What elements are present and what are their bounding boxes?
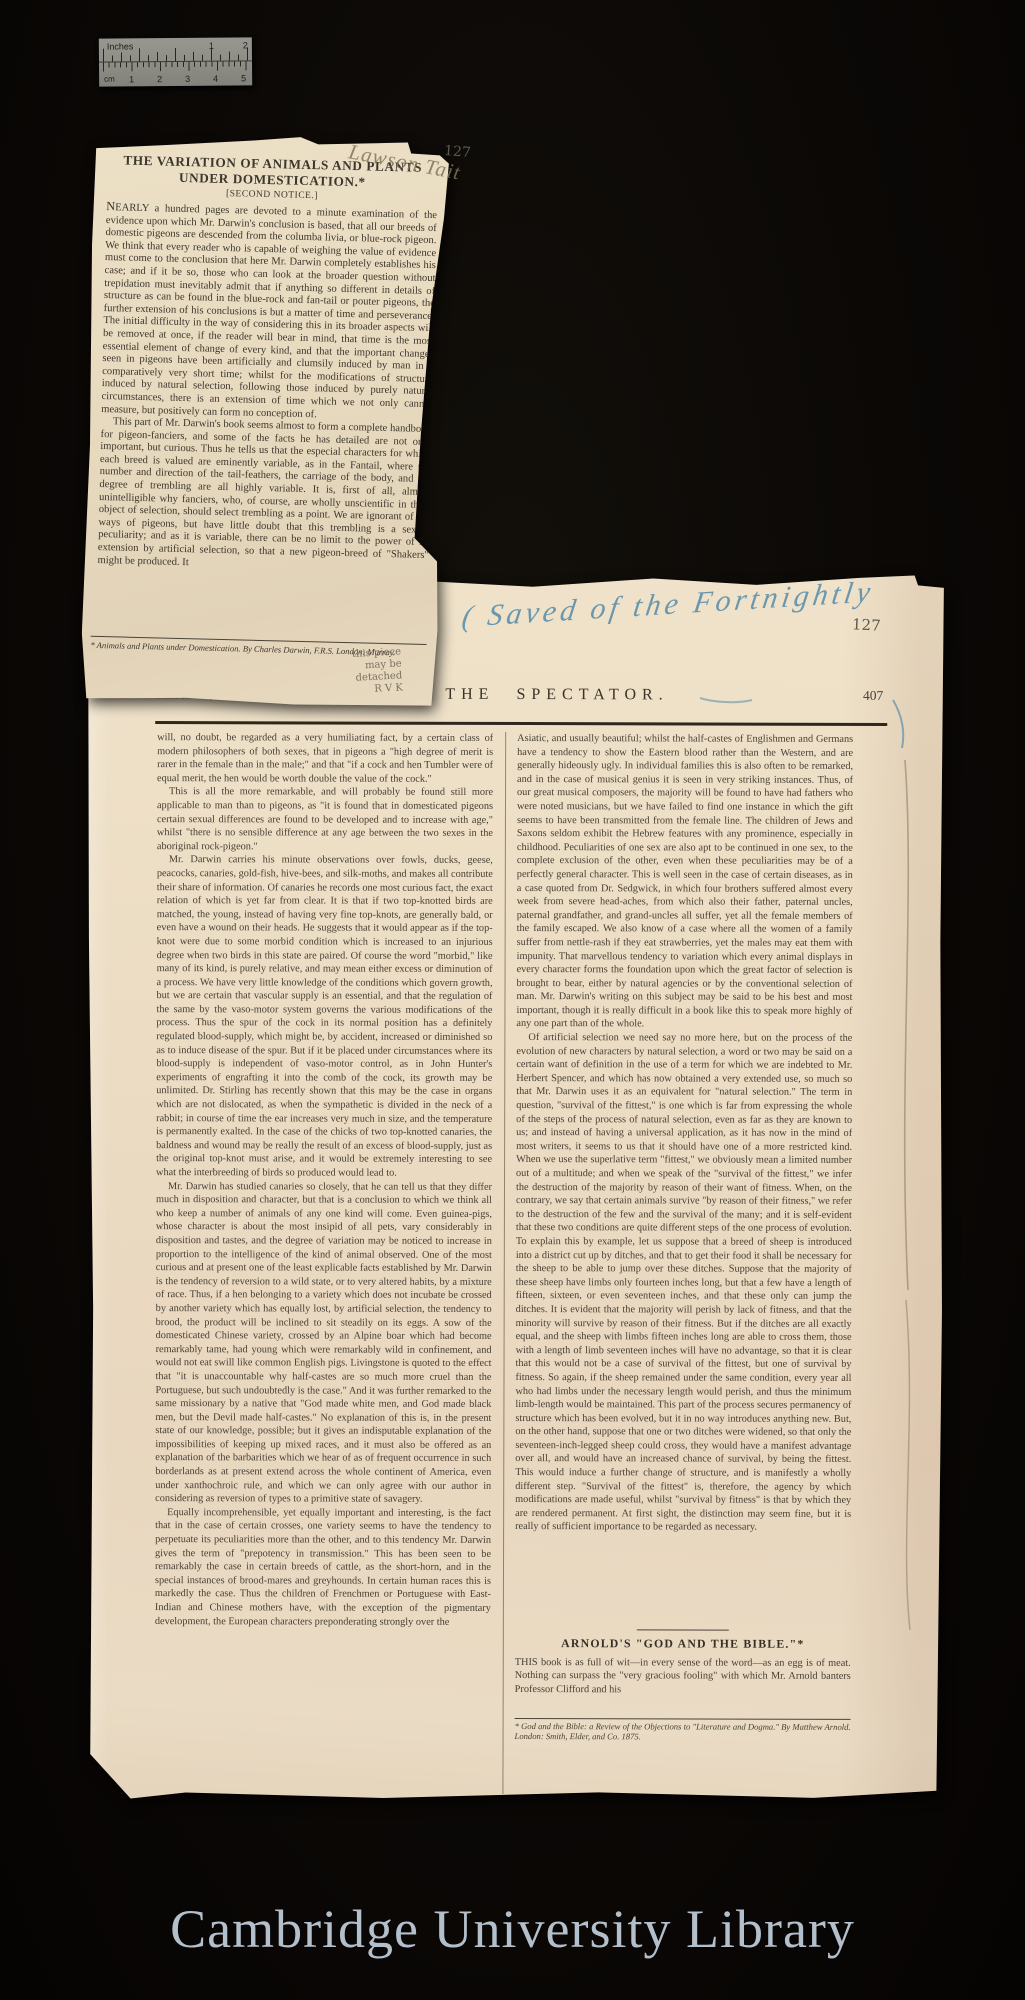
text-columns: will, no doubt, be regarded as a very hu…: [154, 731, 869, 1795]
paragraph: THIS book is as full of wit—in every sen…: [515, 1656, 851, 1698]
paragraph: Of artificial selection we need say no m…: [515, 1031, 852, 1535]
clipping-darwin-paper: THE VARIATION OF ANIMALS AND PLANTS UNDE…: [79, 130, 451, 711]
article-body: NEARLY a hundred pages are devoted to a …: [96, 200, 437, 640]
paragraph: This part of Mr. Darwin's book seems alm…: [97, 416, 432, 575]
photographic-backdrop: { "ruler": { "inches_label": "Inches", "…: [0, 0, 1025, 2000]
paragraph: NEARLY a hundred pages are devoted to a …: [101, 200, 437, 424]
spectator-paper: March 25, 1876.] THE SPECTATOR. 407 will…: [82, 571, 945, 1803]
paragraph: This is all the more remarkable, and wil…: [157, 785, 493, 854]
photograph-ruler: Inches 1 2 cm 1 2 3 4 5: [99, 37, 252, 86]
ruler-inch-2: 2: [243, 40, 248, 50]
paragraph: Mr. Darwin carries his minute observatio…: [156, 853, 493, 1180]
paragraph: Mr. Darwin has studied canaries so close…: [155, 1180, 492, 1507]
ruler-cm-4: 4: [213, 74, 218, 84]
ruler-cm-label: cm: [104, 75, 115, 84]
masthead-title: THE SPECTATOR.: [445, 686, 668, 705]
ruler-cm-5: 5: [241, 73, 246, 83]
ruler-cm-1: 1: [129, 74, 134, 84]
paragraph: will, no doubt, be regarded as a very hu…: [157, 731, 493, 786]
left-column: will, no doubt, be regarded as a very hu…: [154, 731, 493, 1794]
ruler-cm-2: 2: [157, 74, 162, 84]
paragraph: Equally incomprehensible, yet equally im…: [155, 1506, 491, 1629]
folio-number-page: 127: [852, 615, 882, 634]
clipping-spectator-page: March 25, 1876.] THE SPECTATOR. 407 will…: [84, 572, 944, 1802]
arnold-footnote: * God and the Bible: a Review of the Obj…: [515, 1721, 851, 1743]
arnold-section-body: THIS book is as full of wit—in every sen…: [515, 1656, 851, 1713]
footnote-rule: [515, 1718, 851, 1720]
ruler-inch-ticks-large: [103, 47, 250, 61]
section-divider-rule: [637, 1629, 729, 1630]
pencil-detach-note: this piece may be detached R V K: [337, 646, 403, 697]
masthead-rule: [155, 721, 887, 725]
arnold-section-title: ARNOLD'S "GOD AND THE BIBLE."*: [515, 1637, 851, 1651]
column-divider-rule: [502, 732, 506, 1794]
ruler-cm-3: 3: [185, 74, 190, 84]
clipping-darwin-notice: THE VARIATION OF ANIMALS AND PLANTS UNDE…: [86, 134, 444, 706]
paragraph: Asiatic, and usually beautiful; whilst t…: [516, 732, 853, 1032]
right-column-text: Asiatic, and usually beautiful; whilst t…: [515, 732, 853, 1621]
library-footer-label: Cambridge University Library: [0, 1898, 1025, 1960]
ruler-inch-1: 1: [209, 41, 214, 51]
page-number: 407: [863, 688, 883, 704]
right-column: Asiatic, and usually beautiful; whilst t…: [514, 732, 853, 1795]
ruler-cm-ticks-large: [103, 61, 250, 71]
